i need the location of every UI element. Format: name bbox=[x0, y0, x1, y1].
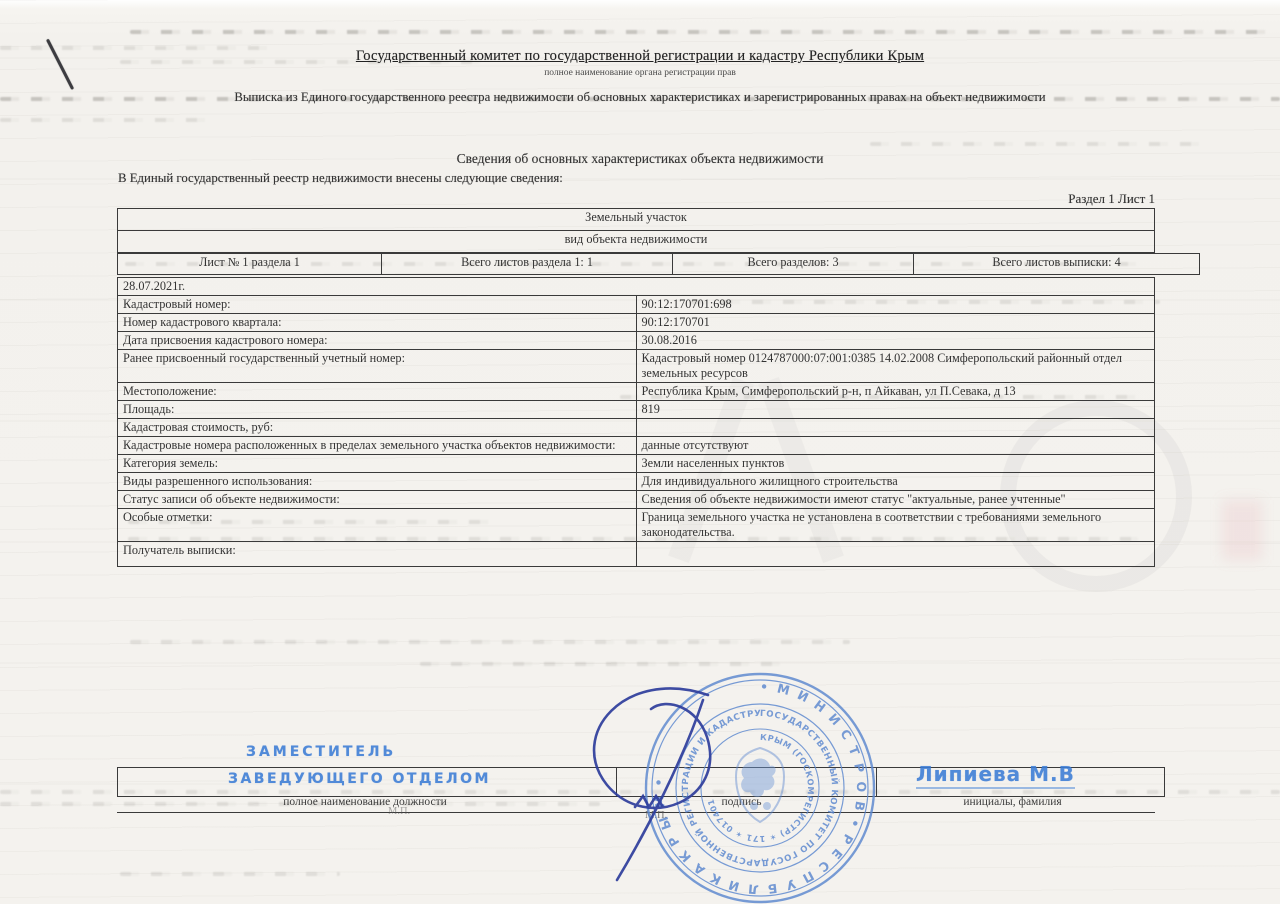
org-name: Государственный комитет по государственн… bbox=[0, 48, 1280, 65]
row-label: Статус записи об объекте недвижимости: bbox=[118, 491, 637, 509]
scan-artifact bbox=[0, 118, 210, 122]
extract-date: 28.07.2021г. bbox=[118, 278, 1155, 296]
row-value: 90:12:170701 bbox=[636, 314, 1155, 332]
row-value: Для индивидуального жилищного строительс… bbox=[636, 473, 1155, 491]
row-label: Площадь: bbox=[118, 401, 637, 419]
section-sheet-label: Раздел 1 Лист 1 bbox=[0, 191, 1155, 207]
row-value bbox=[636, 542, 1155, 567]
row-label: Кадастровый номер: bbox=[118, 296, 637, 314]
row-value: 819 bbox=[636, 401, 1155, 419]
scan-artifact bbox=[130, 640, 850, 644]
position-stamp-line1: ЗАМЕСТИТЕЛЬ bbox=[246, 744, 396, 760]
table-row: Земельный участок bbox=[118, 209, 1155, 231]
table-row: Кадастровые номера расположенных в преде… bbox=[118, 437, 1155, 455]
table-row: вид объекта недвижимости bbox=[118, 231, 1155, 253]
sheet-col-4: Всего листов выписки: 4 bbox=[914, 254, 1200, 275]
handwritten-signature bbox=[555, 645, 795, 904]
row-value: 90:12:170701:698 bbox=[636, 296, 1155, 314]
table-row: Виды разрешенного использования: Для инд… bbox=[118, 473, 1155, 491]
section-title: Сведения об основных характеристиках объ… bbox=[0, 151, 1280, 167]
row-value: Граница земельного участка не установлен… bbox=[636, 509, 1155, 542]
row-label: Ранее присвоенный государственный учетны… bbox=[118, 350, 637, 383]
document-title: Выписка из Единого государственного реес… bbox=[0, 90, 1280, 105]
table-row: Площадь: 819 bbox=[118, 401, 1155, 419]
intro-line: В Единый государственный реестр недвижим… bbox=[118, 171, 563, 186]
table-row: Кадастровый номер: 90:12:170701:698 bbox=[118, 296, 1155, 314]
table-row: 28.07.2021г. bbox=[118, 278, 1155, 296]
row-label: Категория земель: bbox=[118, 455, 637, 473]
row-label: Кадастровые номера расположенных в преде… bbox=[118, 437, 637, 455]
object-type: Земельный участок bbox=[118, 209, 1155, 231]
scan-artifact bbox=[1222, 500, 1262, 560]
object-type-caption: вид объекта недвижимости bbox=[118, 231, 1155, 253]
sheet-header-table: Лист № 1 раздела 1 Всего листов раздела … bbox=[117, 253, 1200, 275]
row-value: данные отсутствуют bbox=[636, 437, 1155, 455]
scan-artifact bbox=[870, 142, 1200, 146]
position-stamp-line2: ЗАВЕДУЮЩЕГО ОТДЕЛОМ bbox=[228, 771, 491, 787]
position-caption: полное наименование должности bbox=[117, 796, 613, 812]
row-value: Республика Крым, Симферопольский р-н, п … bbox=[636, 383, 1155, 401]
table-row: Местоположение: Республика Крым, Симферо… bbox=[118, 383, 1155, 401]
sheet-col-2: Всего листов раздела 1: 1 bbox=[382, 254, 673, 275]
row-value: 30.08.2016 bbox=[636, 332, 1155, 350]
table-row: Лист № 1 раздела 1 Всего листов раздела … bbox=[118, 254, 1200, 275]
name-caption: инициалы, фамилия bbox=[870, 796, 1155, 812]
mp-label: М.П. bbox=[388, 806, 410, 817]
scan-artifact bbox=[120, 872, 340, 876]
sheet-col-3: Всего разделов: 3 bbox=[673, 254, 914, 275]
row-value: Земли населенных пунктов bbox=[636, 455, 1155, 473]
row-value: Кадастровый номер 0124787000:07:001:0385… bbox=[636, 350, 1155, 383]
row-label: Кадастровая стоимость, руб: bbox=[118, 419, 637, 437]
org-name-caption: полное наименование органа регистрации п… bbox=[0, 68, 1280, 78]
table-row: Номер кадастрового квартала: 90:12:17070… bbox=[118, 314, 1155, 332]
row-label: Особые отметки: bbox=[118, 509, 637, 542]
sheet-col-1: Лист № 1 раздела 1 bbox=[118, 254, 382, 275]
row-value: Сведения об объекте недвижимости имеют с… bbox=[636, 491, 1155, 509]
row-value bbox=[636, 419, 1155, 437]
table-row: Дата присвоения кадастрового номера: 30.… bbox=[118, 332, 1155, 350]
row-label: Местоположение: bbox=[118, 383, 637, 401]
table-row: Получатель выписки: bbox=[118, 542, 1155, 567]
row-label: Получатель выписки: bbox=[118, 542, 637, 567]
table-row: Категория земель: Земли населенных пункт… bbox=[118, 455, 1155, 473]
scan-artifact bbox=[130, 30, 1270, 34]
characteristics-table: 28.07.2021г. Кадастровый номер: 90:12:17… bbox=[117, 277, 1155, 567]
name-stamp: Липиева М.В bbox=[916, 762, 1075, 789]
row-label: Виды разрешенного использования: bbox=[118, 473, 637, 491]
table-row: Статус записи об объекте недвижимости: С… bbox=[118, 491, 1155, 509]
object-type-table: Земельный участок вид объекта недвижимос… bbox=[117, 208, 1155, 253]
table-row: Кадастровая стоимость, руб: bbox=[118, 419, 1155, 437]
row-label: Номер кадастрового квартала: bbox=[118, 314, 637, 332]
table-row: Ранее присвоенный государственный учетны… bbox=[118, 350, 1155, 383]
row-label: Дата присвоения кадастрового номера: bbox=[118, 332, 637, 350]
table-row: Особые отметки: Граница земельного участ… bbox=[118, 509, 1155, 542]
